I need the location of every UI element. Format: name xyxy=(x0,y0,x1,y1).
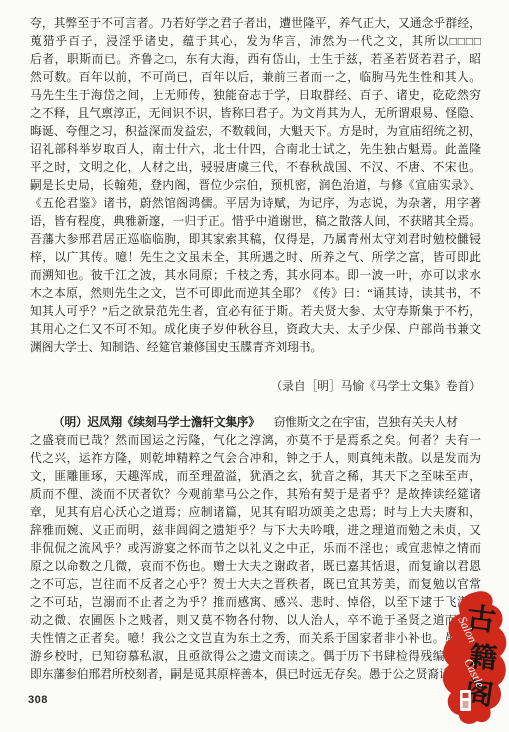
text-line: 梓，以广其传。噫！先生之文虽未全，其所遇之时、所养之气、所学之富，皆可即此 xyxy=(30,249,481,267)
text-line: 之不释，且气禀淳正，无间识不识，皆称曰君子。为文肖其为人，无所谓艰易、怪隐、 xyxy=(30,105,481,123)
section1-source-attribution: （录自［明］马愉《马学士文集》卷首） xyxy=(30,378,481,396)
text-line: 嗣是长史局，长翰苑，登内阁，晋位少宗伯，预机密，润色治道，与修《宣庙实录》、 xyxy=(30,177,481,195)
text-line: 原之以命数之几微，哀而不伤也。赠士大夫之谢政者，既已嘉其恬退，而复谕以君恩 xyxy=(30,558,481,576)
text-line: 知其人可乎？”后之欲景范先生者，宜必有征于斯。若夫贤大参、太守寿斯集于不朽， xyxy=(30,303,481,321)
text-line: 《五伦君鉴》诸书，蔚然馆阁鸿儒。平居为诗赋，为记序，为志说，为杂著，用字著 xyxy=(30,195,481,213)
text-line: 即东藩参伯邢君所校刻者，嗣是觅其原梓善本，俱已时远无存矣。愚于公之贤裔诸 xyxy=(30,666,481,684)
text-line: 其用心之仁又不可不知。成化庚子岁仲秋谷旦，资政大夫、太子少保、户部尚书兼文 xyxy=(30,321,481,339)
section2: （明）迟凤翔《续刻马学士澹轩文集序》窃惟斯文之在宇宙，岂独有关夫人材 之盛衰而已… xyxy=(30,414,481,684)
text-line: 平之时，文明之化，人材之出，骎骎唐虞三代，不春秋战国、不汉、不唐、不宋也。 xyxy=(30,159,481,177)
text-line: 然可数。百年以前，不可尚已，百年以后，兼前三者而一之，临朐马先生性和其人。 xyxy=(30,69,481,87)
text-line: 章，见其有启心沃心之道焉；应制诸篇，见其有昭功颂美之忠焉；时与上大夫赓和， xyxy=(30,504,481,522)
text-line: 后者，职斯而已。齐鲁之□，东有大海，西有岱山，士生于兹，若圣若贤若君子，昭 xyxy=(30,51,481,69)
text-line: 夫性情之正者矣。噫！我公之文岂直为东土之秀，而关系于国家者非小补也。愚总角 xyxy=(30,630,481,648)
text-line: 吾藩大参邢君居正巡临临朐，即其家索其稿，仅得是，乃属青州太守刘君时勉校雠锓 xyxy=(30,231,481,249)
text-line: 之不可玷，岂溺而不止者之为乎？推而感寓、感兴、悲时、悼俗，以至下逮于飞潜蠢 xyxy=(30,594,481,612)
section1: 夸，其弊至于不可言者。乃若好学之君子者出，遭世隆平，养气正大，又通念乎群经， 蒐… xyxy=(30,15,481,396)
text-line: 辞雅而婉、义正而明，兹非闾阎之遗矩乎？与下大夫吟哦，进之理道而勉之未贞，又 xyxy=(30,522,481,540)
section2-heading-line: （明）迟凤翔《续刻马学士澹轩文集序》窃惟斯文之在宇宙，岂独有关夫人材 xyxy=(30,414,481,432)
text-line: 文，匪雕匪琢，天趣浑成，而至理盈溢，犹酒之玄，犹音之稀，其天下之至味至声， xyxy=(30,468,481,486)
text-line: 语，皆有程度，典雅新邃，一归于正。惜乎中道谢世，稿之散落人间，不获睹其全焉。 xyxy=(30,213,481,231)
text-line: 蒐猎乎百子，浸淫乎诸史，蕴于其心，发为华言，沛然为一代之文，其所以□□□□ xyxy=(30,33,481,51)
text-line: 马先生生于海岱之间，上无师传，独能奋志于学，日取群经、百子、诸史，矻矻然穷 xyxy=(30,87,481,105)
page-text-column: 夸，其弊至于不可言者。乃若好学之君子者出，遭世隆平，养气正大，又通念乎群经， 蒐… xyxy=(30,15,481,684)
section2-opening-text: 窃惟斯文之在宇宙，岂独有关夫人材 xyxy=(274,416,458,429)
text-line: 夸，其弊至于不可言者。乃若好学之君子者出，遭世隆平，养气正大，又通念乎群经， xyxy=(30,15,481,33)
text-line: 晦诞、夸俚之习，积益深而发益宏，不数载间，大魁天下。方是时，为宣庙绍统之初， xyxy=(30,123,481,141)
text-line: 之盛衰而已哉？然而国运之污隆，气化之淳漓，亦莫不于是焉系之矣。何者？夫有一 xyxy=(30,432,481,450)
text-line: 渊阁大学士、知制诰、经筵官兼修国史玉牒青齐刘珝书。 xyxy=(30,339,481,357)
text-line: 质而不俚、淡而不厌者钦？今观前辈马公之作，其殆有契于是者乎？是故捧读经筵诸 xyxy=(30,486,481,504)
page-number: 308 xyxy=(28,694,48,706)
seal-mini-stamp xyxy=(460,690,471,711)
text-line: 动之微、农圃医卜之贱者，则又莫不物各付物、以人治人，卒不诡于圣贤之道而或戾 xyxy=(30,612,481,630)
text-line: 代之兴，运祚方隆，则乾坤精粹之气会合冲和，钟之于人，则真纯未散。以是发而为 xyxy=(30,450,481,468)
text-line: 诏礼部科举岁取百人，南士什六，北士什四，合南北士试之，先生独占魁焉。此盖隆 xyxy=(30,141,481,159)
text-line: 游乡校时，已知窃慕私淑，且亟欲得公之遗文而读之。偶于历下书肆检得残编一帙， xyxy=(30,648,481,666)
text-line: 而溯知也。彼千江之波，其水同原；千枝之秀，其水同本。即一波一叶，亦可以求水 xyxy=(30,267,481,285)
text-line: 木之本原，然则先生之文，岂不可即此而逆其全耶？《传》曰：“诵其诗，读其书，不 xyxy=(30,285,481,303)
text-line: 之不可忘，岂往而不反者之心乎？贺士大夫之晋秩者，既已宜其芳美，而复勉以官常 xyxy=(30,576,481,594)
text-line: 非侃侃之流风乎？或泻游宴之怀而节之以礼义之中正，乐而不淫也；或宣悲悼之情而 xyxy=(30,540,481,558)
section2-author-title: （明）迟凤翔《续刻马学士澹轩文集序》 xyxy=(53,416,260,429)
